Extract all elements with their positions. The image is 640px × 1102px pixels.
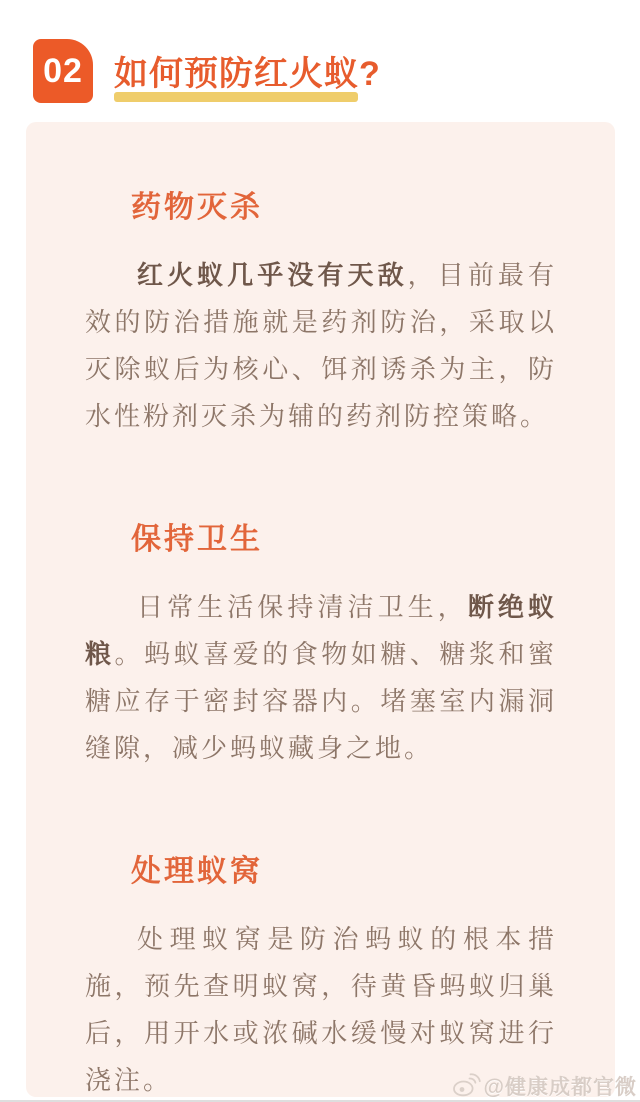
section-block: 保持卫生日常生活保持清洁卫生，断绝蚁粮。蚂蚁喜爱的食物如糖、糖浆和蜜糖应存于密封… xyxy=(85,522,557,772)
section-heading: 处理蚁窝 xyxy=(131,854,557,890)
section-block: 药物灭杀红火蚁几乎没有天敌，目前最有效的防治措施就是药剂防治，采取以灭除蚁后为核… xyxy=(85,190,557,440)
infographic-page: 02 如何预防红火蚁? 药物灭杀红火蚁几乎没有天敌，目前最有效的防治措施就是药剂… xyxy=(0,0,640,1102)
section-number-badge: 02 xyxy=(33,39,93,103)
section-paragraph: 日常生活保持清洁卫生，断绝蚁粮。蚂蚁喜爱的食物如糖、糖浆和蜜糖应存于密封容器内。… xyxy=(85,584,557,772)
paragraph-run: 。蚂蚁喜爱的食物如糖、糖浆和蜜糖应存于密封容器内。堵塞室内漏洞缝隙，减少蚂蚁藏身… xyxy=(85,639,557,763)
section-paragraph: 红火蚁几乎没有天敌，目前最有效的防治措施就是药剂防治，采取以灭除蚁后为核心、饵剂… xyxy=(85,252,557,440)
page-title: 如何预防红火蚁? xyxy=(114,46,381,95)
section-heading: 保持卫生 xyxy=(131,522,557,558)
weibo-icon xyxy=(451,1073,481,1099)
paragraph-run: 日常生活保持清洁卫生， xyxy=(137,592,468,622)
watermark-handle: @健康成都官微 xyxy=(484,1071,637,1101)
section-heading: 药物灭杀 xyxy=(131,190,557,226)
section-number: 02 xyxy=(43,52,83,91)
paragraph-bold-run: 红火蚁几乎没有天敌 xyxy=(137,260,408,290)
section-block: 处理蚁窝处理蚁窝是防治蚂蚁的根本措施，预先查明蚁窝，待黄昏蚂蚁归巢后，用开水或浓… xyxy=(85,854,557,1102)
watermark: @健康成都官微 xyxy=(451,1071,637,1101)
paragraph-run: 处理蚁窝是防治蚂蚁的根本措施，预先查明蚁窝，待黄昏蚂蚁归巢后，用开水或浓碱水缓慢… xyxy=(85,924,557,1095)
content-panel: 药物灭杀红火蚁几乎没有天敌，目前最有效的防治措施就是药剂防治，采取以灭除蚁后为核… xyxy=(26,122,615,1097)
title-underline xyxy=(114,92,358,102)
